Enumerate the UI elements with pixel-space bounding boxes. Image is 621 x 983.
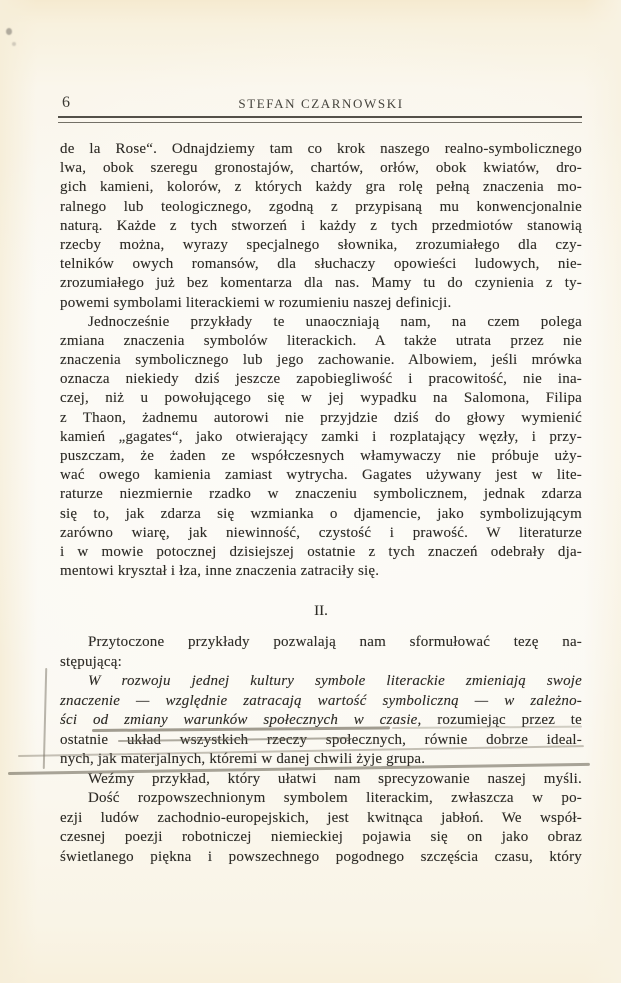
text-block-1: de la Rose“. Odnajdziemy tam co krok nas…	[60, 140, 582, 581]
text-segment: telników owych romansów, dla słuchaczy o…	[60, 256, 582, 272]
text-line: Dość rozpowszechnionym symbolem literack…	[60, 789, 582, 809]
text-line: czesnej poezji robotniczej niemieckiej p…	[60, 828, 582, 848]
text-line: znaczenie — względnie zatracają wartość …	[60, 692, 582, 712]
text-segment: świetlanego piękna i powszechnego pogodn…	[60, 849, 582, 865]
text-line: raturze niezmiernie rzadko w znaczeniu s…	[60, 485, 582, 504]
text-segment: zmiana znaczenia symbolów literackich. A…	[60, 333, 582, 349]
text-line: się to, jak zdarza się wzmianka o djamen…	[60, 505, 582, 524]
text-segment: lwa, obok szeregu gronostajów, chartów, …	[60, 160, 582, 176]
text-line: lwa, obok szeregu gronostajów, chartów, …	[60, 159, 582, 178]
text-segment: z Thaon, żadnemu autorowi nie przyjdzie …	[60, 410, 582, 426]
text-segment: Jednocześnie przykłady te unaoczniają na…	[88, 314, 582, 330]
text-line: świetlanego piękna i powszechnego pogodn…	[60, 848, 582, 868]
text-segment: gich kamieni, kolorów, z których każdy g…	[60, 179, 582, 195]
text-segment: zarówno wiarę, jak niewinność, czystość …	[60, 525, 582, 541]
running-title: STEFAN CZARNOWSKI	[60, 96, 582, 112]
text-segment: powemi symbolami literackiemi w rozumien…	[60, 295, 451, 311]
text-segment: wać owego kamienia zamiast wytrycha. Gag…	[60, 467, 582, 483]
text-segment: naturą. Każde z tych stworzeń i każdy z …	[60, 218, 582, 234]
text-line: telników owych romansów, dla słuchaczy o…	[60, 255, 582, 274]
text-line: naturą. Każde z tych stworzeń i każdy z …	[60, 217, 582, 236]
text-segment: Przytoczone przykłady pozwalają nam sfor…	[88, 634, 582, 650]
text-segment: czesnej poezji robotniczej niemieckiej p…	[60, 829, 582, 845]
scan-blemish-dot	[12, 42, 16, 46]
text-segment: ezji ludów zachodnio-europejskich, jest …	[60, 810, 582, 826]
text-line: Jednocześnie przykłady te unaoczniają na…	[60, 313, 582, 332]
text-line: stępującą:	[60, 653, 582, 673]
italic-text-segment: znaczenie — względnie zatracają wartość …	[60, 693, 582, 709]
text-line: ralnego lub teologicznego, zgodną z przy…	[60, 198, 582, 217]
scan-blemish-dot	[6, 28, 12, 35]
text-segment: mentowi kryształ i łza, inne znaczenia z…	[60, 563, 379, 579]
text-segment: de la Rose“. Odnajdziemy tam co krok nas…	[60, 141, 582, 157]
text-segment: i w mowie potocznej dzisiejszej ostatnie…	[60, 544, 582, 560]
italic-text-segment: W rozwoju jednej kultury symbole literac…	[88, 673, 582, 689]
text-line: czej, niż u powołującego się w jej wypad…	[60, 389, 582, 408]
text-line: zarówno wiarę, jak niewinność, czystość …	[60, 524, 582, 543]
text-segment: Dość rozpowszechnionym symbolem literack…	[88, 790, 582, 806]
text-segment: stępującą:	[60, 654, 122, 670]
text-segment: czej, niż u powołującego się w jej wypad…	[60, 390, 582, 406]
text-line: zmiana znaczenia symbolów literackich. A…	[60, 332, 582, 351]
scanned-book-page: 6 STEFAN CZARNOWSKI de la Rose“. Odnajdz…	[0, 0, 621, 983]
text-segment: Weźmy przykład, który ułatwi nam sprecyz…	[88, 771, 582, 787]
text-segment: kamień „gagates“, jako otwierający zamki…	[60, 429, 582, 445]
section-heading: II.	[60, 602, 582, 621]
text-segment: rzecby można, wyrazy specjalnego słownik…	[60, 237, 582, 253]
text-segment: oznacza niekiedy dziś jeszcze zapobiegli…	[60, 371, 582, 387]
header-rule	[58, 116, 582, 123]
text-segment: raturze niezmiernie rzadko w znaczeniu s…	[60, 486, 582, 502]
text-line: Przytoczone przykłady pozwalają nam sfor…	[60, 633, 582, 653]
text-line: oznacza niekiedy dziś jeszcze zapobiegli…	[60, 370, 582, 389]
text-line: wać owego kamienia zamiast wytrycha. Gag…	[60, 466, 582, 485]
text-line: puszczam, że żaden ze współczesnych włam…	[60, 447, 582, 466]
text-segment: zrozumiałego już bez komentarza dla nas.…	[60, 275, 582, 291]
text-line: gich kamieni, kolorów, z których każdy g…	[60, 178, 582, 197]
text-segment: ralnego lub teologicznego, zgodną z przy…	[60, 199, 582, 215]
text-line: mentowi kryształ i łza, inne znaczenia z…	[60, 562, 582, 581]
text-segment: znaczenia symbolicznego lub jego zachowa…	[60, 352, 582, 368]
text-line: z Thaon, żadnemu autorowi nie przyjdzie …	[60, 409, 582, 428]
text-segment: się to, jak zdarza się wzmianka o djamen…	[60, 506, 582, 522]
text-line: rzecby można, wyrazy specjalnego słownik…	[60, 236, 582, 255]
text-line: W rozwoju jednej kultury symbole literac…	[60, 672, 582, 692]
text-line: kamień „gagates“, jako otwierający zamki…	[60, 428, 582, 447]
text-line: i w mowie potocznej dzisiejszej ostatnie…	[60, 543, 582, 562]
text-line: powemi symbolami literackiemi w rozumien…	[60, 294, 582, 313]
text-line: znaczenia symbolicznego lub jego zachowa…	[60, 351, 582, 370]
text-line: de la Rose“. Odnajdziemy tam co krok nas…	[60, 140, 582, 159]
text-line: ezji ludów zachodnio-europejskich, jest …	[60, 809, 582, 829]
text-line: zrozumiałego już bez komentarza dla nas.…	[60, 274, 582, 293]
text-segment: puszczam, że żaden ze współczesnych włam…	[60, 448, 582, 464]
